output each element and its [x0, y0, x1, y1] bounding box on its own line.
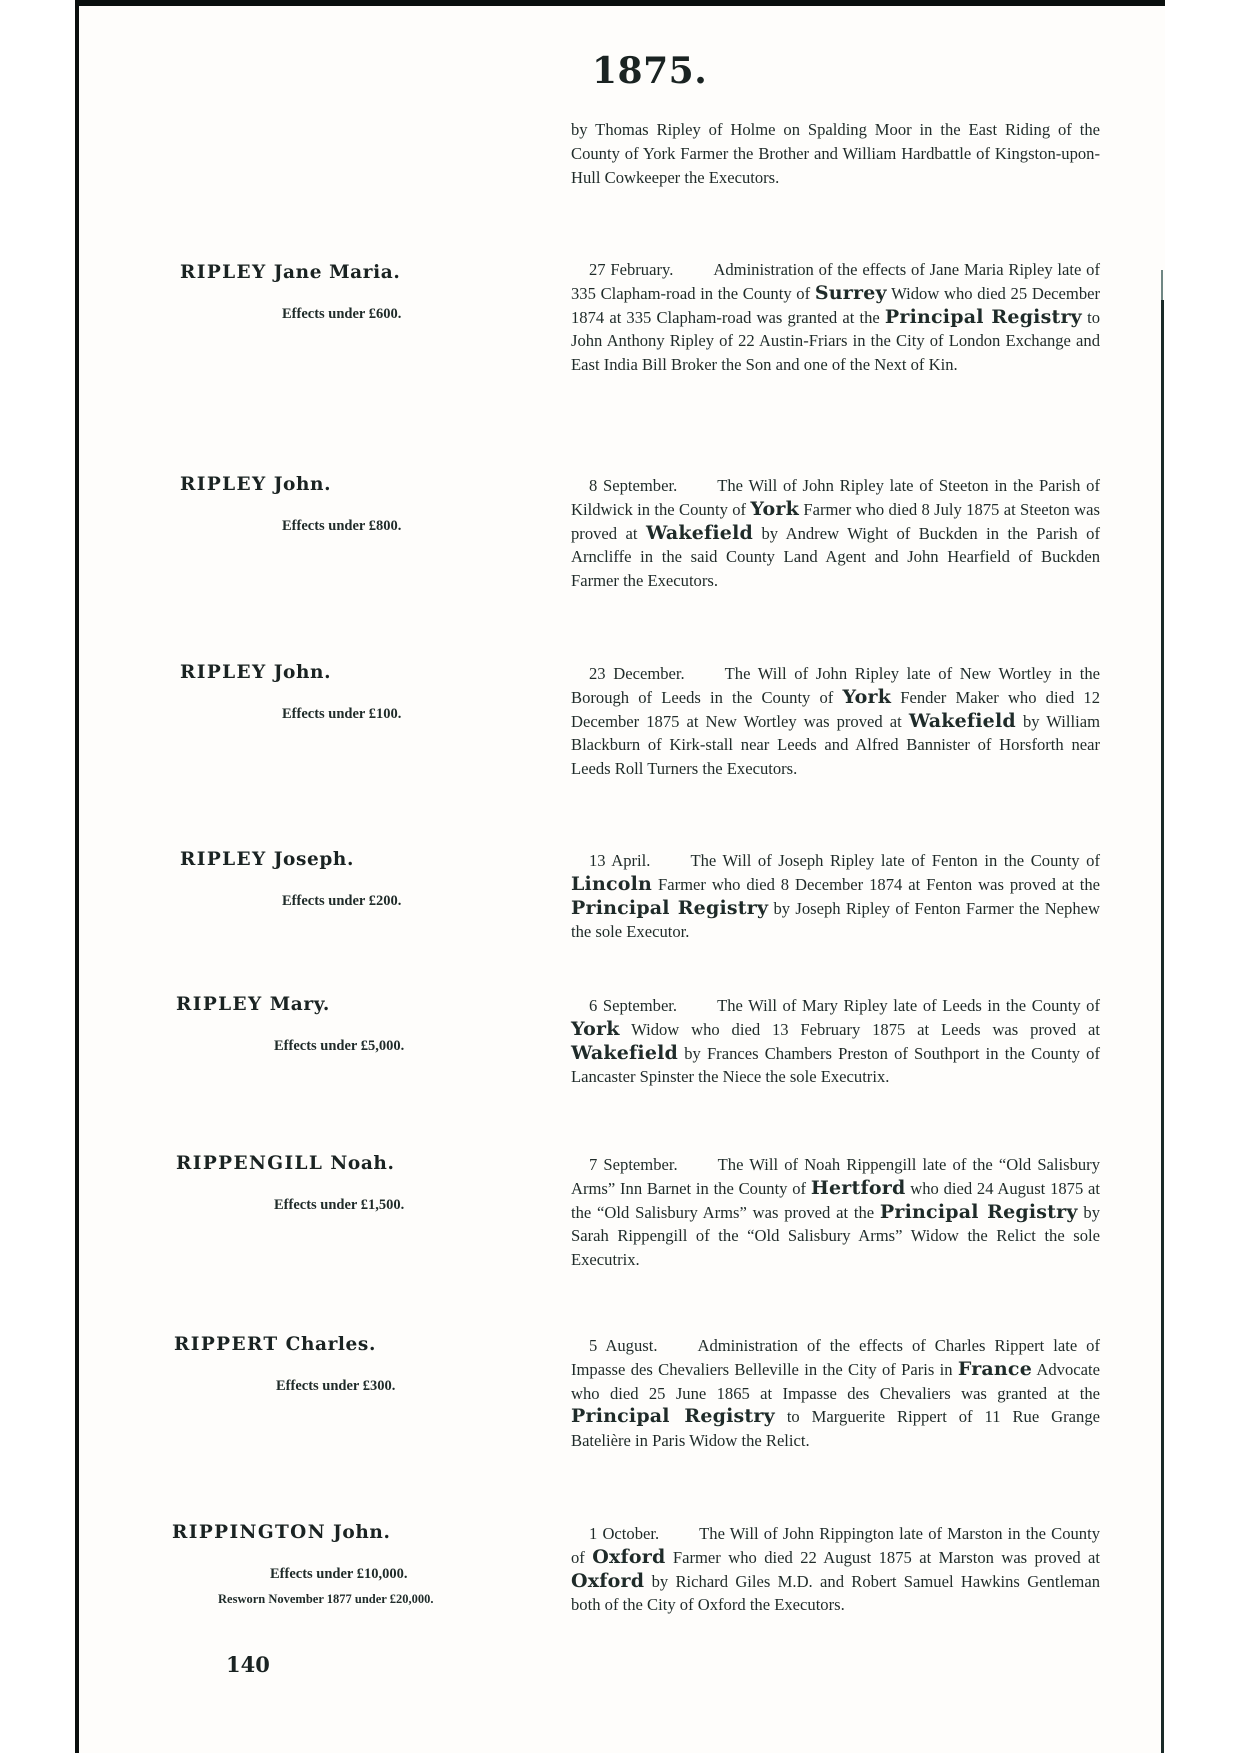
entry-forename: Charles. — [279, 1334, 376, 1355]
entry-effects-value: Effects under £300. — [276, 1378, 395, 1395]
entry-probate-paragraph: 7 September.The Will of Noah Rippengill … — [571, 1153, 1100, 1272]
entry-effects-value: Effects under £5,000. — [274, 1038, 404, 1055]
entry-place-emphasis: Principal Registry — [880, 1201, 1078, 1223]
entry-place-emphasis: York — [843, 686, 892, 708]
entry-effects-value: Effects under £100. — [282, 706, 401, 723]
entry-place-emphasis: Surrey — [815, 282, 887, 304]
entry-grant-date: 1 October. — [589, 1524, 659, 1543]
page-edge-rule — [1161, 270, 1163, 300]
entry-probate-paragraph: 13 April.The Will of Joseph Ripley late … — [571, 849, 1100, 944]
entry-forename: Noah. — [323, 1153, 394, 1174]
entry-place-emphasis: Wakefield — [571, 1042, 678, 1064]
entry-text: Widow who died 13 February 1875 at Leeds… — [631, 1020, 1100, 1039]
entry-name: RIPLEY John. — [180, 474, 331, 495]
entry-probate-paragraph: 1 October.The Will of John Rippington la… — [571, 1522, 1100, 1617]
entry-surname: RIPPENGILL — [176, 1153, 323, 1174]
entry-probate-paragraph: 27 February.Administration of the effect… — [571, 258, 1100, 377]
entry-grant-date: 5 August. — [589, 1336, 657, 1355]
entry-effects-value: Effects under £10,000. — [270, 1566, 407, 1583]
entry-probate-paragraph: 6 September.The Will of Mary Ripley late… — [571, 994, 1100, 1089]
entry-place-emphasis: France — [958, 1358, 1032, 1380]
entry-grant-date: 27 February. — [589, 260, 673, 279]
entry-effects-value: Effects under £800. — [282, 518, 401, 535]
entry-resworn-note: Resworn November 1877 under £20,000. — [218, 1592, 434, 1607]
entry-place-emphasis: Wakefield — [646, 522, 753, 544]
entry-name: RIPPENGILL Noah. — [176, 1153, 395, 1174]
entry-surname: RIPLEY — [180, 262, 267, 283]
entry-surname: RIPLEY — [180, 662, 267, 683]
entry-grant-date: 6 September. — [589, 996, 677, 1015]
entry-name: RIPLEY John. — [180, 662, 331, 683]
entry-forename: Joseph. — [267, 849, 354, 870]
entry-surname: RIPLEY — [180, 849, 267, 870]
entry-place-emphasis: Oxford — [592, 1546, 665, 1568]
entry-text: Farmer who died 22 August 1875 at Marsto… — [673, 1548, 1100, 1567]
entry-effects-value: Effects under £200. — [282, 893, 401, 910]
entry-place-emphasis: Wakefield — [909, 710, 1016, 732]
entry-surname: RIPPERT — [174, 1334, 279, 1355]
entry-grant-date: 7 September. — [589, 1155, 678, 1174]
entry-place-emphasis: Lincoln — [571, 873, 652, 895]
entry-surname: RIPLEY — [176, 994, 263, 1015]
entry-probate-paragraph: 8 September.The Will of John Ripley late… — [571, 474, 1100, 593]
page-year-heading: 1875. — [592, 50, 707, 92]
entry-place-emphasis: York — [571, 1018, 620, 1040]
entry-grant-date: 23 December. — [589, 664, 685, 683]
continuation-paragraph: by Thomas Ripley of Holme on Spalding Mo… — [571, 118, 1100, 189]
entry-text: The Will of Mary Ripley late of Leeds in… — [717, 996, 1100, 1015]
entry-name: RIPLEY Joseph. — [180, 849, 354, 870]
entry-grant-date: 13 April. — [589, 851, 650, 870]
entry-text: The Will of Joseph Ripley late of Fenton… — [690, 851, 1100, 870]
entry-effects-value: Effects under £1,500. — [274, 1197, 404, 1214]
entry-text: by Richard Giles M.D. and Robert Samuel … — [571, 1572, 1100, 1615]
page-number: 140 — [226, 1652, 270, 1677]
entry-name: RIPPINGTON John. — [172, 1522, 391, 1543]
entry-name: RIPLEY Mary. — [176, 994, 330, 1015]
entry-place-emphasis: Oxford — [571, 1570, 644, 1592]
entry-forename: Jane Maria. — [267, 262, 401, 283]
entry-place-emphasis: Principal Registry — [571, 1405, 775, 1427]
entry-surname: RIPPINGTON — [172, 1522, 326, 1543]
entry-forename: John. — [326, 1522, 390, 1543]
entry-forename: John. — [267, 662, 331, 683]
entry-place-emphasis: Principal Registry — [571, 897, 768, 919]
entry-forename: John. — [267, 474, 331, 495]
page-edge-rule — [1161, 300, 1164, 1753]
entry-probate-paragraph: 23 December.The Will of John Ripley late… — [571, 662, 1100, 781]
entry-text: Farmer who died 8 December 1874 at Fento… — [658, 875, 1100, 894]
entry-forename: Mary. — [263, 994, 330, 1015]
entry-place-emphasis: York — [750, 498, 799, 520]
entry-name: RIPLEY Jane Maria. — [180, 262, 400, 283]
entry-surname: RIPLEY — [180, 474, 267, 495]
entry-place-emphasis: Hertford — [811, 1177, 906, 1199]
entry-probate-paragraph: 5 August.Administration of the effects o… — [571, 1334, 1100, 1453]
entry-grant-date: 8 September. — [589, 476, 677, 495]
entry-place-emphasis: Principal Registry — [885, 306, 1082, 328]
entry-effects-value: Effects under £600. — [282, 306, 401, 323]
entry-name: RIPPERT Charles. — [174, 1334, 376, 1355]
